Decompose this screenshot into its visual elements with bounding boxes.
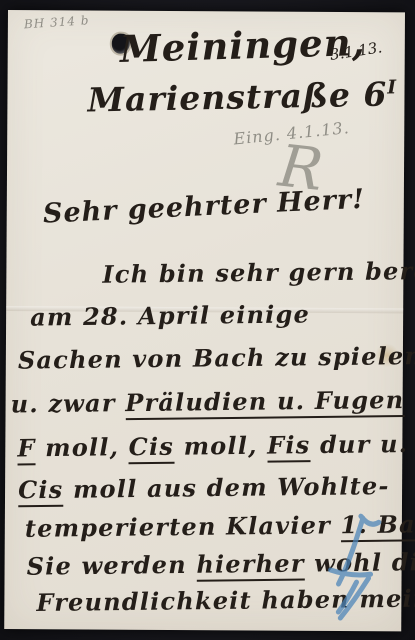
photo-background: BH 314 b Meiningen, 3.1.13. Marienstraße… [0, 0, 415, 640]
blue-crayon-mark [316, 512, 387, 622]
salutation: Sehr geehrter Herr! [42, 184, 365, 230]
archive-code-note: BH 314 b [24, 13, 90, 31]
letter-page: BH 314 b Meiningen, 3.1.13. Marienstraße… [4, 10, 405, 631]
body-line-4: u. zwar Präludien u. Fugen [10, 385, 404, 418]
body-line-6: Cis moll aus dem Wohlte- [18, 471, 390, 504]
body-line-5: F moll, Cis moll, Fis dur u. [17, 429, 408, 462]
floor-numeral: I [387, 76, 397, 98]
body-line-3: Sachen von Bach zu spielen [18, 341, 415, 375]
letterhead-street: Marienstraße 6I [87, 74, 398, 119]
street-name: Marienstraße 6 [87, 75, 388, 120]
body-line-1: Ich bin sehr gern bereit, [102, 256, 415, 289]
body-line-2: am 28. April einige [30, 299, 310, 331]
